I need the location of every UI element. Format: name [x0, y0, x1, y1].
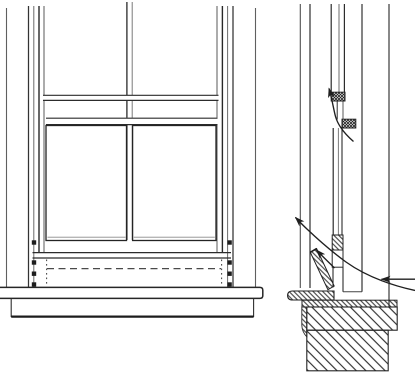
fixing-button [32, 282, 36, 286]
sash-rail-section [332, 235, 343, 267]
fixing-button [227, 240, 231, 244]
fixing-button [227, 272, 231, 276]
fixing-button [32, 240, 36, 244]
masonry-upper-block [307, 307, 397, 330]
lower-meeting-rail [342, 119, 356, 128]
fixing-button [32, 272, 36, 276]
upper-meeting-rail [331, 92, 345, 101]
fixing-button [32, 260, 36, 264]
lower-sash-top-rail [46, 118, 218, 125]
window-sill [0, 287, 263, 298]
drawing-page [0, 0, 415, 373]
window-ventilation-diagram [0, 0, 415, 373]
fixing-button [227, 282, 231, 286]
fixing-button [227, 260, 231, 264]
stool-bullnose [288, 291, 334, 300]
bottom-rail-section [332, 235, 343, 250]
sill-board [302, 300, 397, 307]
masonry-lower-block [307, 330, 388, 371]
